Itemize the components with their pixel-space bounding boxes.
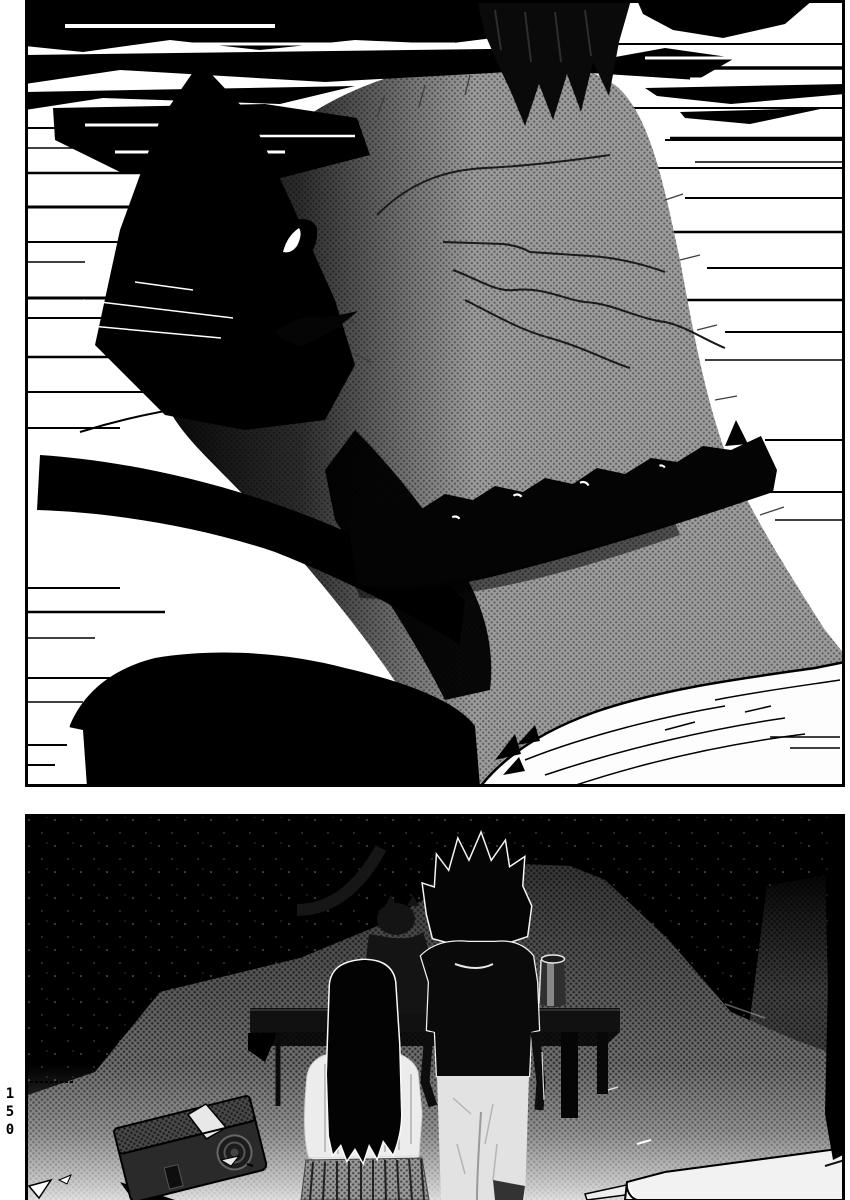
girl-hair — [327, 960, 401, 1162]
giant-cat-illustration — [25, 0, 845, 787]
girl-skirt — [301, 1158, 429, 1200]
manga-page: 150 — [0, 0, 850, 1200]
table-leg — [597, 1032, 608, 1094]
boy-pants — [437, 1076, 529, 1200]
dark-room-illustration — [25, 814, 845, 1200]
page-number: 150 — [3, 1086, 17, 1140]
glass-cup — [539, 955, 566, 1007]
table-leg — [561, 1032, 578, 1118]
panel-giant-cat — [25, 0, 845, 787]
panel-dark-room — [25, 814, 845, 1200]
boy-shirt — [421, 942, 539, 1076]
